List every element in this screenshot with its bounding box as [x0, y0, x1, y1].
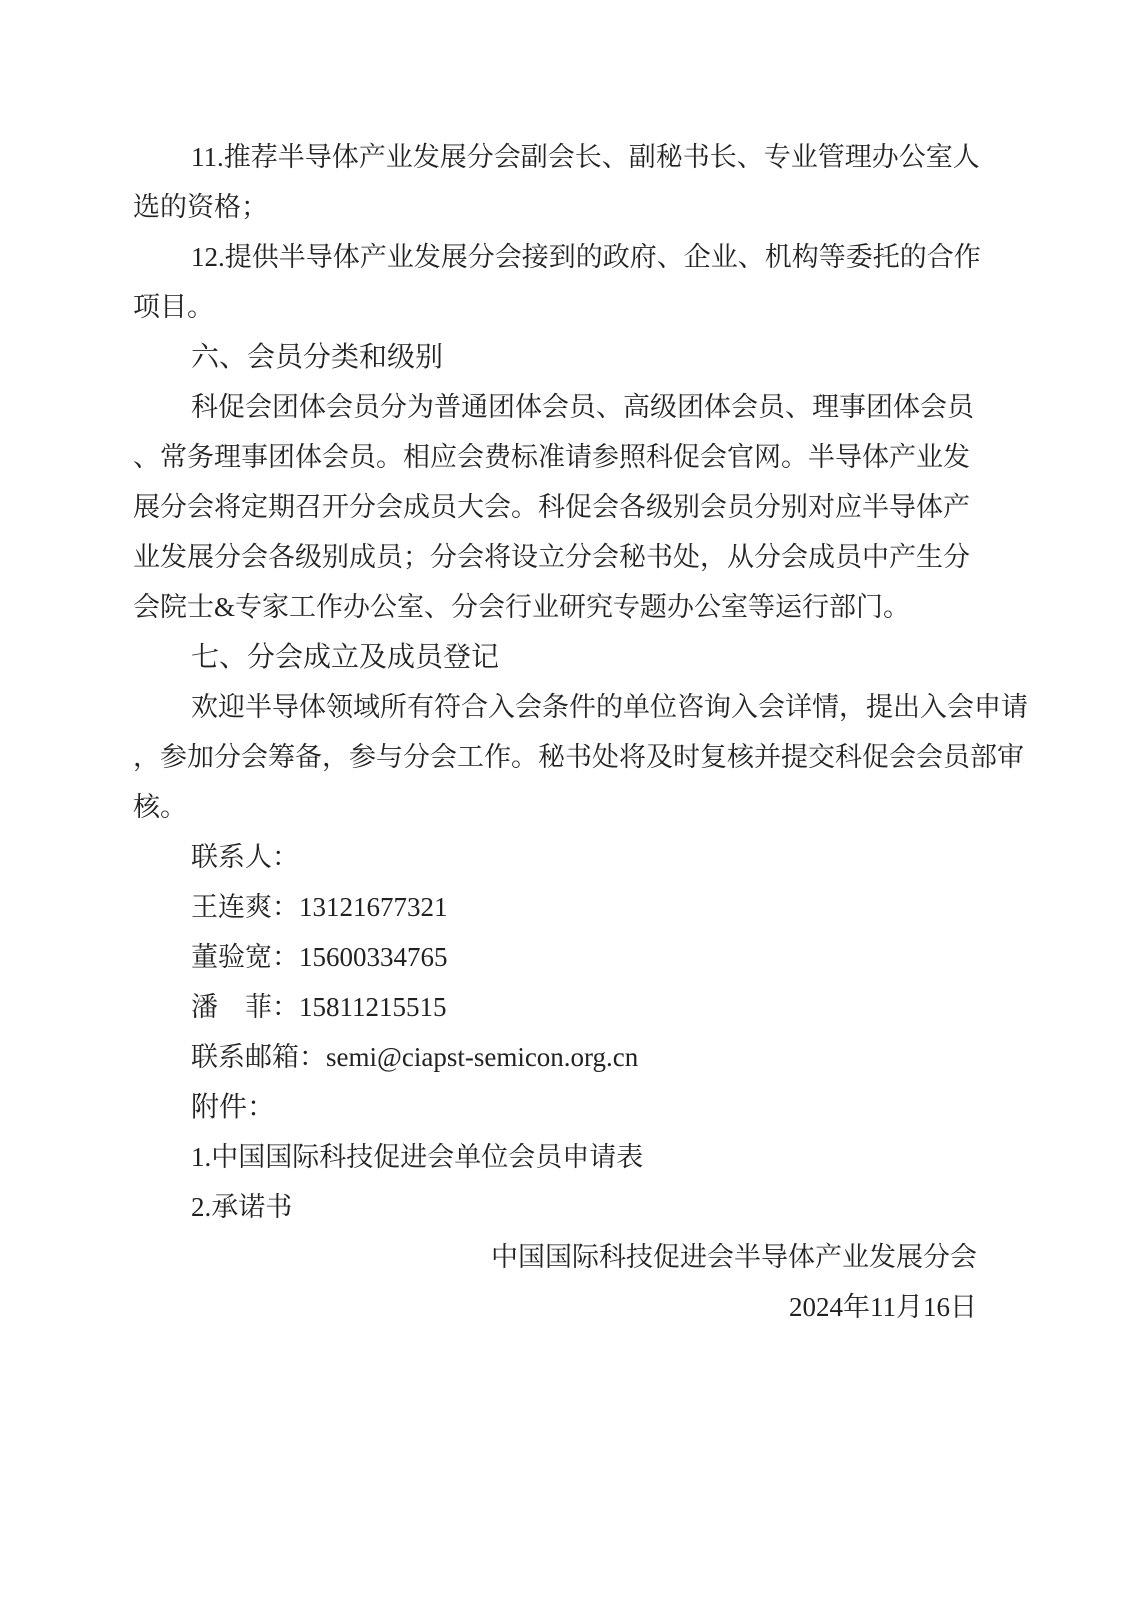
section-6-heading: 六、会员分类和级别: [133, 332, 977, 382]
attachment-item-2: 2.承诺书: [133, 1182, 977, 1232]
section-7-heading: 七、分会成立及成员登记: [133, 632, 977, 682]
attachment-item-1: 1.中国国际科技促进会单位会员申请表: [133, 1132, 977, 1182]
document-page: 11.推荐半导体产业发展分会副会长、副秘书长、专业管理办公室人 选的资格； 12…: [0, 0, 1131, 1600]
section-6-body: 科促会团体会员分为普通团体会员、高级团体会员、理事团体会员 、常务理事团体会员。…: [133, 382, 977, 632]
contact-email: 联系邮箱：semi@ciapst-semicon.org.cn: [133, 1032, 977, 1082]
contact-entry-dong: 董验宽：15600334765: [133, 932, 977, 982]
attachments-heading: 附件：: [133, 1082, 977, 1132]
contact-intro: 联系人：: [133, 832, 977, 882]
contact-entry-wang: 王连爽：13121677321: [133, 882, 977, 932]
clause-11: 11.推荐半导体产业发展分会副会长、副秘书长、专业管理办公室人 选的资格；: [133, 132, 977, 232]
section-7-body: 欢迎半导体领域所有符合入会条件的单位咨询入会详情，提出入会申请 ，参加分会筹备，…: [133, 682, 977, 832]
signature-date: 2024年11月16日: [133, 1282, 977, 1332]
contact-entry-pan: 潘 菲：15811215515: [133, 982, 977, 1032]
signature-organization: 中国国际科技促进会半导体产业发展分会: [133, 1232, 977, 1282]
clause-12: 12.提供半导体产业发展分会接到的政府、企业、机构等委托的合作 项目。: [133, 232, 977, 332]
